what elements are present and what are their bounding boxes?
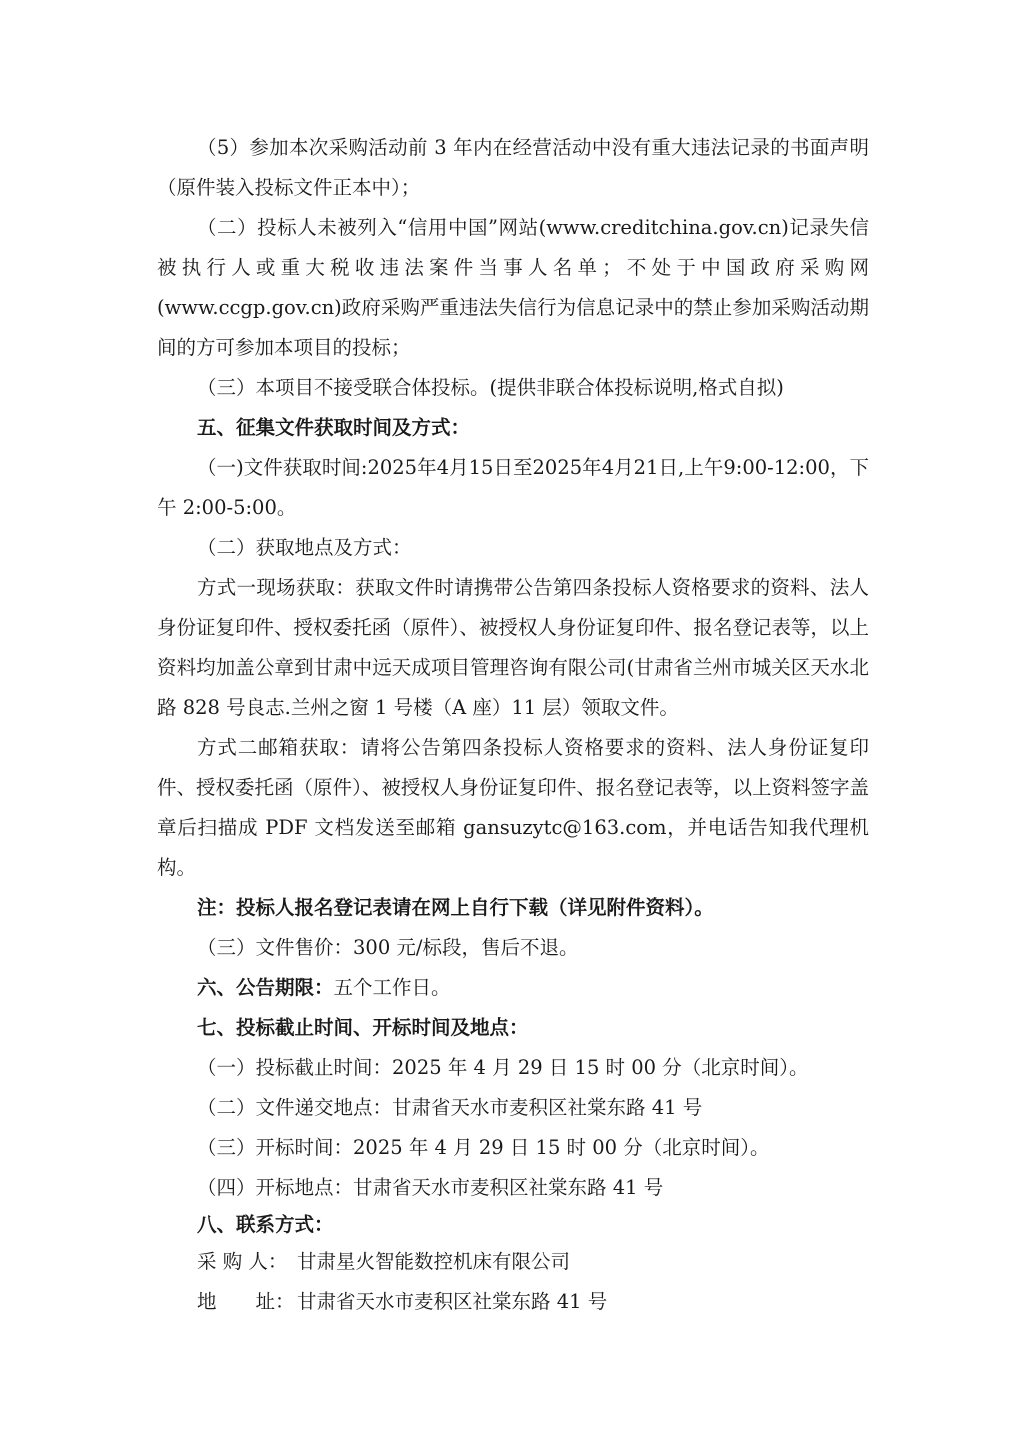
contact-value: 甘肃省天水市麦积区社棠东路 41 号 (297, 1290, 607, 1313)
file-acquisition-time: （一)文件获取时间:2025年4月15日至2025年4月21日,上午9:00-1… (157, 448, 869, 528)
contact-value: 甘肃星火智能数控机床有限公司 (297, 1250, 570, 1273)
section6-heading: 六、公告期限：五个工作日。 (157, 968, 869, 1008)
section7-heading: 七、投标截止时间、开标时间及地点： (157, 1008, 869, 1048)
bid-opening-time: （三）开标时间：2025 年 4 月 29 日 15 时 00 分（北京时间）。 (157, 1128, 869, 1168)
announcement-period: 五个工作日。 (334, 976, 451, 999)
statement-paragraph: （5）参加本次采购活动前 3 年内在经营活动中没有重大违法记录的书面声明（原件装… (157, 128, 869, 208)
registration-note: 注：投标人报名登记表请在网上自行下载（详见附件资料）。 (157, 888, 869, 928)
section6-title: 六、公告期限： (197, 976, 334, 999)
bid-opening-location: （四）开标地点：甘肃省天水市麦积区社棠东路 41 号 (157, 1168, 869, 1208)
contact-label: 采 购 人： (197, 1242, 297, 1282)
section8-heading: 八、联系方式： (157, 1208, 869, 1242)
submission-location: （二）文件递交地点：甘肃省天水市麦积区社棠东路 41 号 (157, 1088, 869, 1128)
acquisition-place-heading: （二）获取地点及方式： (157, 528, 869, 568)
consortium-paragraph: （三）本项目不接受联合体投标。(提供非联合体投标说明,格式自拟) (157, 368, 869, 408)
section5-heading: 五、征集文件获取时间及方式： (157, 408, 869, 448)
document-page: （5）参加本次采购活动前 3 年内在经营活动中没有重大违法记录的书面声明（原件装… (157, 128, 869, 1322)
acquisition-method-email: 方式二邮箱获取：请将公告第四条投标人资格要求的资料、法人身份证复印件、授权委托函… (157, 728, 869, 888)
bid-deadline: （一）投标截止时间：2025 年 4 月 29 日 15 时 00 分（北京时间… (157, 1048, 869, 1088)
contact-label: 地 址： (197, 1282, 297, 1322)
credit-requirement-paragraph: （二）投标人未被列入“信用中国”网站(www.creditchina.gov.c… (157, 208, 869, 368)
acquisition-method-onsite: 方式一现场获取：获取文件时请携带公告第四条投标人资格要求的资料、法人身份证复印件… (157, 568, 869, 728)
contact-address: 地 址：甘肃省天水市麦积区社棠东路 41 号 (157, 1282, 869, 1322)
contact-purchaser: 采 购 人：甘肃星火智能数控机床有限公司 (157, 1242, 869, 1282)
file-price: （三）文件售价：300 元/标段，售后不退。 (157, 928, 869, 968)
